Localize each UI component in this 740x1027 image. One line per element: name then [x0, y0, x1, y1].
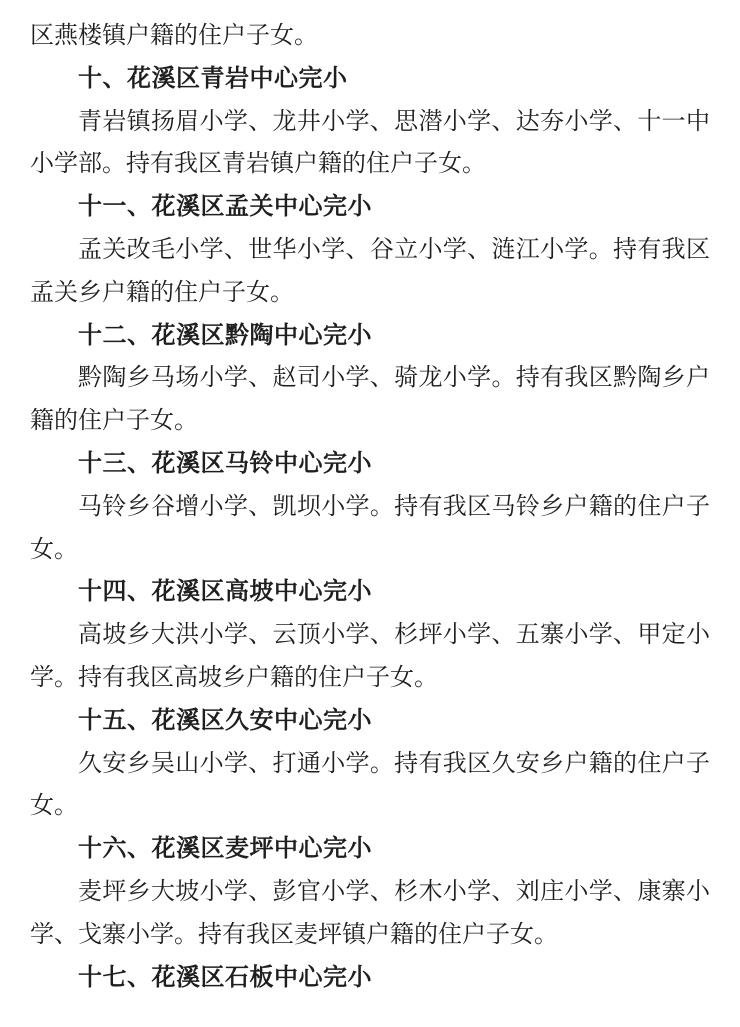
section-15-body: 久安乡吴山小学、打通小学。持有我区久安乡户籍的住户子女。	[30, 743, 710, 829]
section-16-heading: 十六、花溪区麦坪中心完小	[30, 828, 710, 871]
section-10-body: 青岩镇扬眉小学、龙井小学、思潜小学、达夯小学、十一中小学部。持有我区青岩镇户籍的…	[30, 101, 710, 187]
section-13-heading: 十三、花溪区马铃中心完小	[30, 443, 710, 486]
section-14: 十四、花溪区高坡中心完小 高坡乡大洪小学、云顶小学、杉坪小学、五寨小学、甲定小学…	[30, 571, 710, 699]
section-10-heading: 十、花溪区青岩中心完小	[30, 58, 710, 101]
section-12: 十二、花溪区黔陶中心完小 黔陶乡马场小学、赵司小学、骑龙小学。持有我区黔陶乡户籍…	[30, 315, 710, 443]
section-15: 十五、花溪区久安中心完小 久安乡吴山小学、打通小学。持有我区久安乡户籍的住户子女…	[30, 700, 710, 828]
section-16-body: 麦坪乡大坡小学、彭官小学、杉木小学、刘庄小学、康寨小学、戈寨小学。持有我区麦坪镇…	[30, 871, 710, 957]
section-10: 十、花溪区青岩中心完小 青岩镇扬眉小学、龙井小学、思潜小学、达夯小学、十一中小学…	[30, 58, 710, 186]
section-14-heading: 十四、花溪区高坡中心完小	[30, 571, 710, 614]
section-11-body: 孟关改毛小学、世华小学、谷立小学、涟江小学。持有我区孟关乡户籍的住户子女。	[30, 229, 710, 315]
section-11: 十一、花溪区孟关中心完小 孟关改毛小学、世华小学、谷立小学、涟江小学。持有我区孟…	[30, 186, 710, 314]
section-15-heading: 十五、花溪区久安中心完小	[30, 700, 710, 743]
section-17: 十七、花溪区石板中心完小	[30, 957, 710, 1000]
section-11-heading: 十一、花溪区孟关中心完小	[30, 186, 710, 229]
section-12-body: 黔陶乡马场小学、赵司小学、骑龙小学。持有我区黔陶乡户籍的住户子女。	[30, 357, 710, 443]
section-14-body: 高坡乡大洪小学、云顶小学、杉坪小学、五寨小学、甲定小学。持有我区高坡乡户籍的住户…	[30, 614, 710, 700]
section-16: 十六、花溪区麦坪中心完小 麦坪乡大坡小学、彭官小学、杉木小学、刘庄小学、康寨小学…	[30, 828, 710, 956]
section-17-heading: 十七、花溪区石板中心完小	[30, 957, 710, 1000]
paragraph-continuation: 区燕楼镇户籍的住户子女。	[30, 15, 710, 58]
section-12-heading: 十二、花溪区黔陶中心完小	[30, 315, 710, 358]
document-page: 区燕楼镇户籍的住户子女。 十、花溪区青岩中心完小 青岩镇扬眉小学、龙井小学、思潜…	[0, 0, 740, 1027]
section-13-body: 马铃乡谷增小学、凯坝小学。持有我区马铃乡户籍的住户子女。	[30, 486, 710, 572]
section-13: 十三、花溪区马铃中心完小 马铃乡谷增小学、凯坝小学。持有我区马铃乡户籍的住户子女…	[30, 443, 710, 571]
